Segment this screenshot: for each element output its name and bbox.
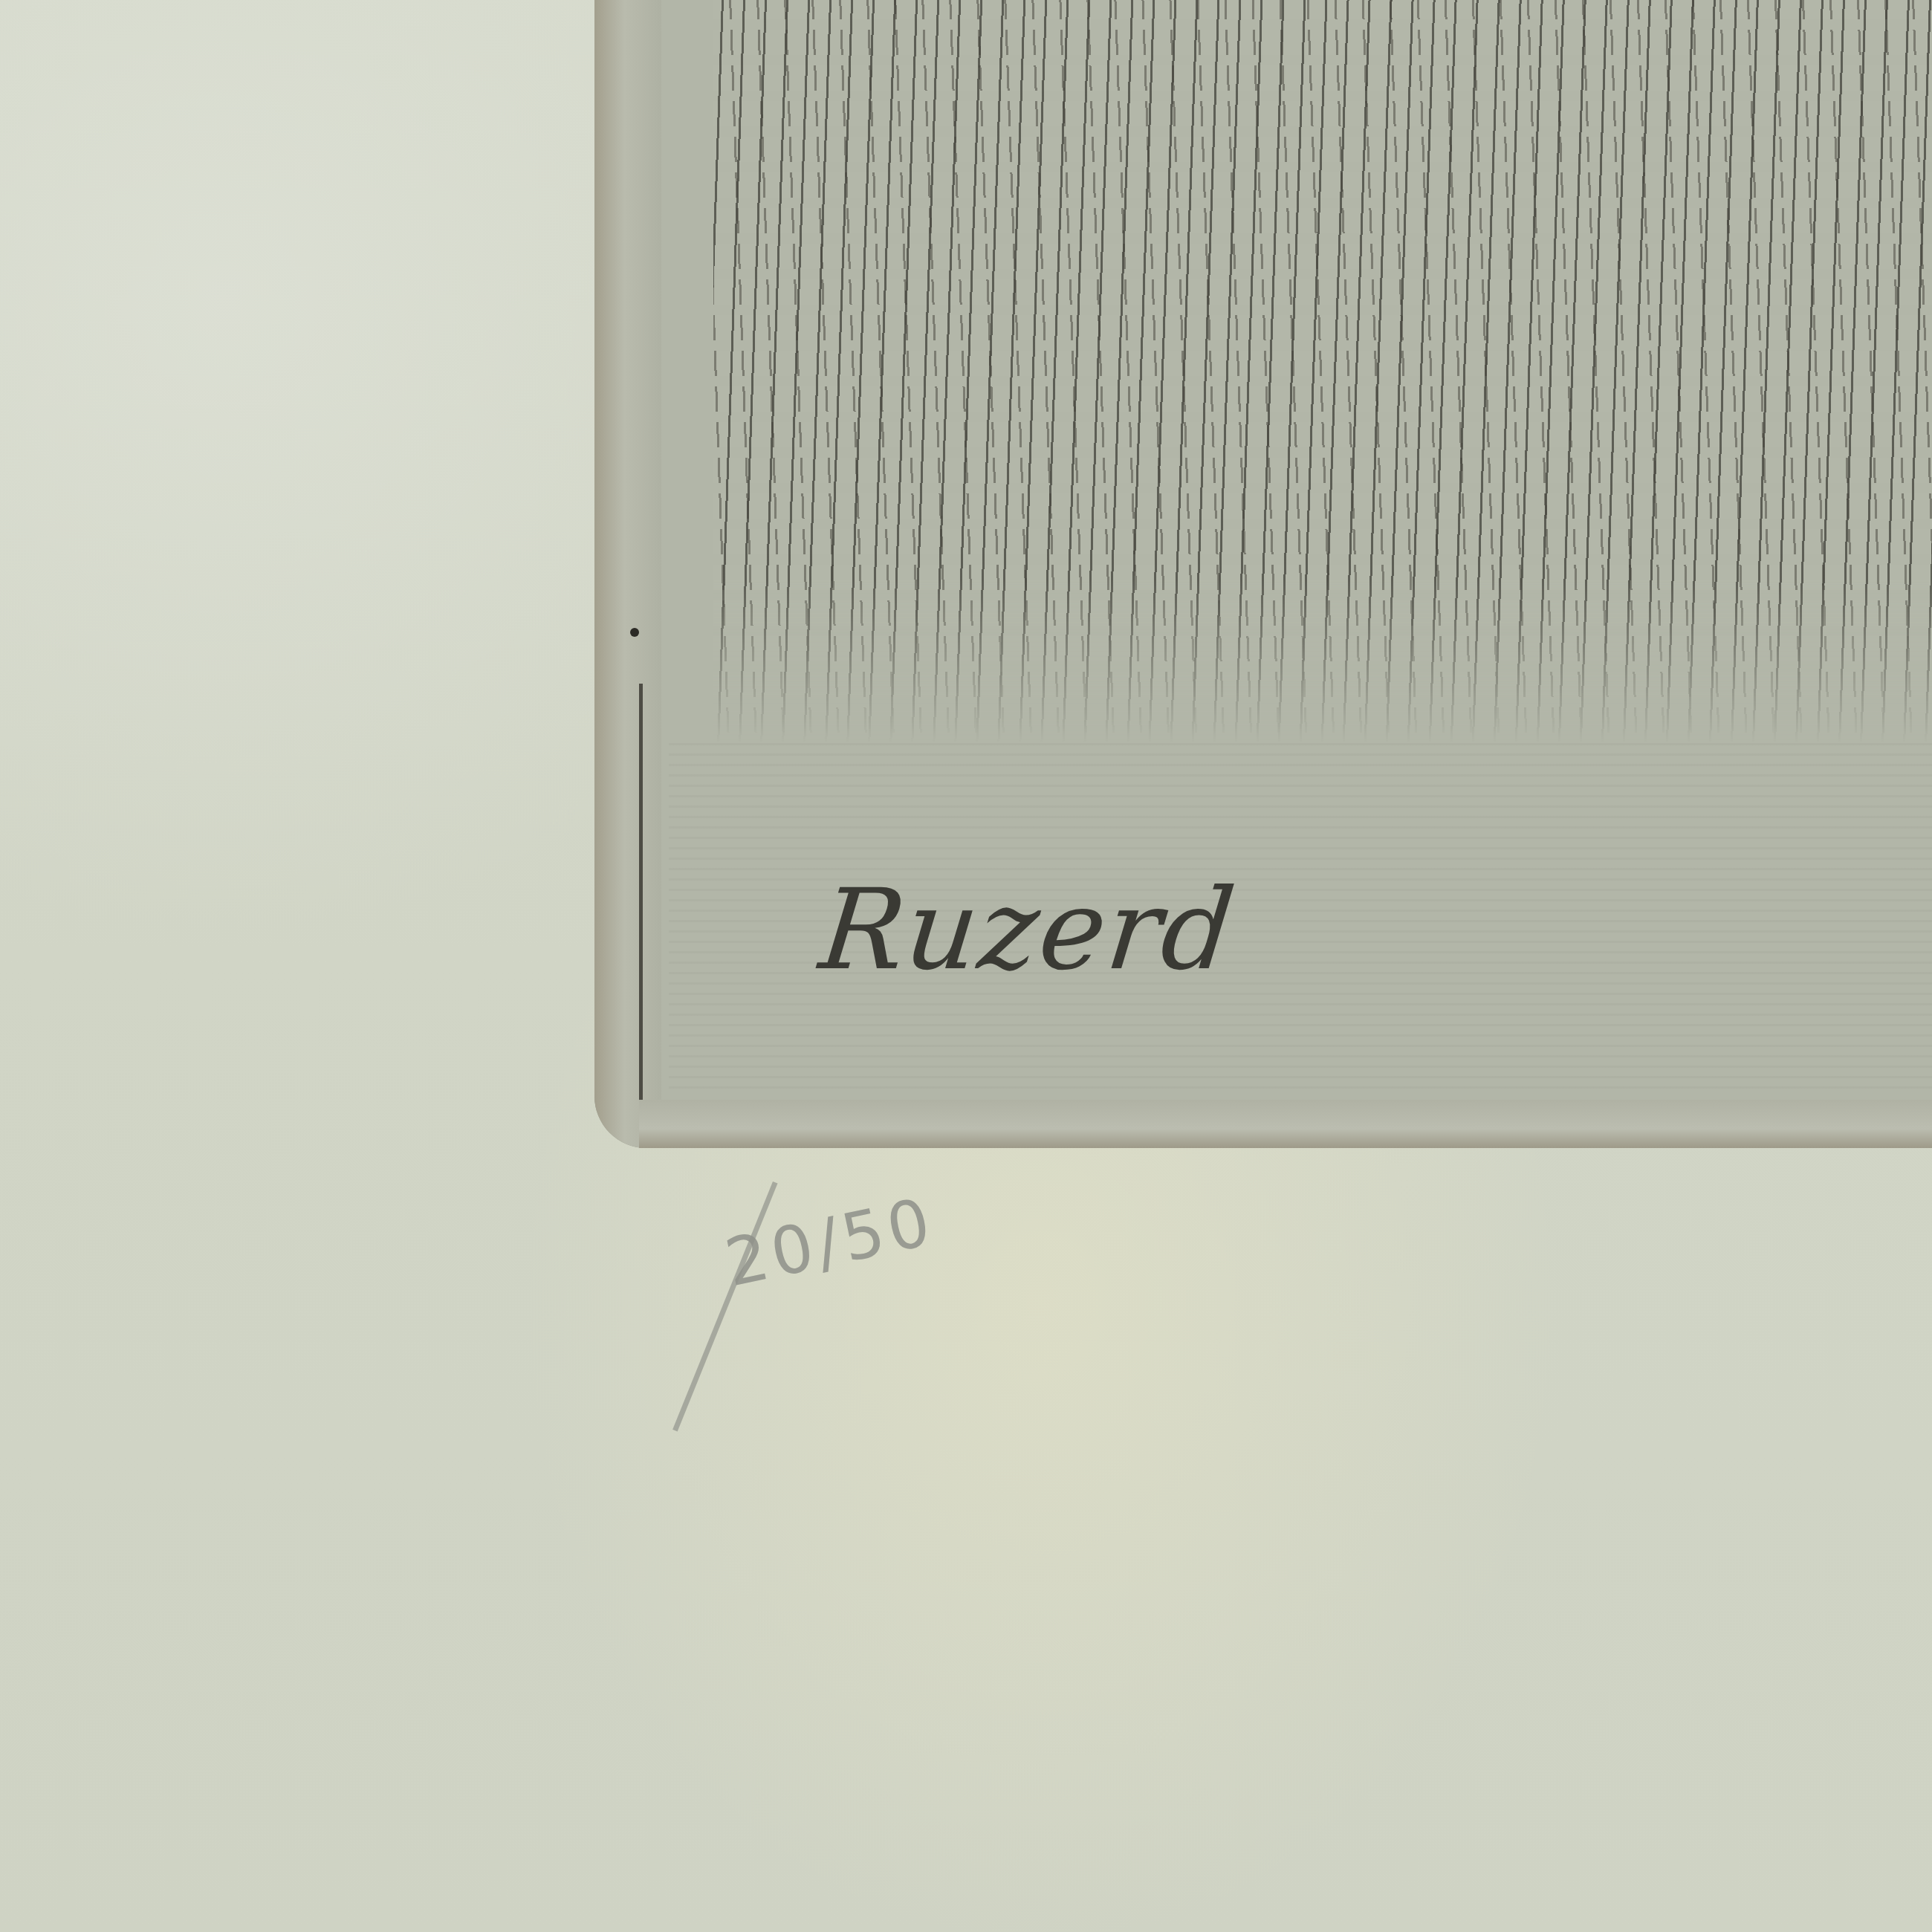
plate-scratch-line: [639, 684, 643, 1100]
plate-bevel-bottom: [639, 1100, 1932, 1148]
hatched-image-area: [713, 0, 1932, 743]
plate-dot-mark: [630, 628, 639, 637]
artist-signature: Ruzerd: [814, 866, 1242, 995]
plate-bevel-left: [594, 0, 661, 1148]
